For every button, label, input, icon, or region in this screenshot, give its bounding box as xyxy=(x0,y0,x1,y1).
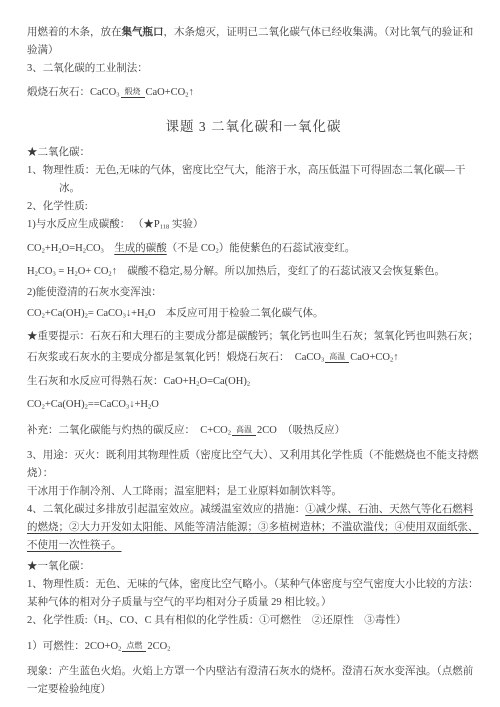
text-run: ★一氧化碳： xyxy=(27,561,90,572)
text-run: ↑ xyxy=(189,87,194,98)
doc-line: 干冰用于作制冷剂、人工降雨；温室肥料；是工业原料如制饮料等。 xyxy=(27,483,480,501)
formula-subscript: 2 xyxy=(228,430,231,437)
text-run: O=H xyxy=(62,243,83,254)
reaction-condition: 点燃 xyxy=(122,642,146,652)
doc-line: 生石灰和水反应可得熟石灰：CaO+H2O=Ca(OH)2 xyxy=(27,373,480,393)
doc-line: CO2+Ca(OH)2= CaCO3↓+H2O 本反应可用于检验二氧化碳气体。 xyxy=(27,305,480,325)
text-run: 用燃着的木条，放在 xyxy=(27,27,122,38)
text-run: 石灰浆或石灰水的主要成分都是氢氧化钙！煅烧石灰石： CaCO xyxy=(27,352,321,363)
text-run: 2CO （吸热反应） xyxy=(257,425,345,436)
text-run: CaO+CO xyxy=(350,352,390,363)
text-run: 现象：产生蓝色火焰。火焰上方罩一个内壁沾有澄清石灰水的烧杯。澄清石灰水变浑浊。（… xyxy=(27,666,473,695)
formula-subscript: 2 xyxy=(247,380,250,387)
text-run: 2CO xyxy=(147,641,167,652)
doc-line: ★重要提示：石灰石和大理石的主要成分都是碳酸钙；氧化钙也叫生石灰；氢氧化钙也叫熟… xyxy=(27,328,480,346)
text-run: 4、二氧化碳过多排放引起温室效应。减缓温室效应的措施： xyxy=(27,504,305,515)
doc-line: 2、化学性质:（H2、CO、C 具有相似的化学性质：①可燃性 ②还原性 ③毒性） xyxy=(27,612,480,632)
text-run: 2、化学性质: xyxy=(27,201,88,212)
page-title: 课题 3 二氧化碳和一氧化碳 xyxy=(27,118,480,136)
text-run: ★二氧化碳： xyxy=(27,147,90,158)
text-run: 2)能使澄清的石灰水变浑浊： xyxy=(27,287,162,298)
reaction-condition: 高温 xyxy=(232,426,256,436)
text-run: ==CaCO xyxy=(88,399,126,410)
text-run: 1、物理性质：无色、无味的气体，密度比空气略小。（某种气体密度与空气密度大小比较… xyxy=(27,579,479,608)
doc-line: 3、用途：灭火：既利用其物理性质（密度比空气大）、又利用其化学性质（不能燃烧也不… xyxy=(27,447,480,483)
text-run: ↓+H xyxy=(129,399,148,410)
doc-line: 2)能使澄清的石灰水变浑浊： xyxy=(27,284,480,302)
doc-line: 现象：产生蓝色火焰。火焰上方罩一个内壁沾有澄清石灰水的烧杯。澄清石灰水变浑浊。（… xyxy=(27,663,480,699)
text-run: O xyxy=(151,399,159,410)
reaction-condition: 高温 xyxy=(325,353,349,363)
text-run: 课题 3 二氧化碳和一氧化碳 xyxy=(166,119,342,134)
doc-line: CO2+Ca(OH)2==CaCO3↓+H2O xyxy=(27,396,480,416)
doc-line: CO2+H2O=H2CO3 生成的碳酸（不是 CO2）能使紫色的石蕊试液变红。 xyxy=(27,240,480,260)
text-run: CO xyxy=(86,243,101,254)
text-run: CO xyxy=(38,266,53,277)
text-run: 1）可燃性：2CO+O xyxy=(27,641,118,652)
text-run: CO xyxy=(27,399,42,410)
text-run: CO xyxy=(27,308,42,319)
doc-line: 1、物理性质：无色,无味的气体，密度比空气大，能溶于水，高压低温下可得固态二氧化… xyxy=(27,162,480,198)
text-run: ↑ xyxy=(393,352,398,363)
text-run: CaO+CO xyxy=(146,87,186,98)
text-run: +Ca(OH) xyxy=(45,308,85,319)
text-run: 3、二氧化碳的工业制法： xyxy=(27,63,148,74)
text-run: H xyxy=(27,266,35,277)
text-run: = CaCO xyxy=(88,308,123,319)
text-run: 实验） xyxy=(169,219,203,230)
formula-subscript: 2 xyxy=(167,646,170,653)
text-run: = H xyxy=(56,266,75,277)
text-run: 干冰用于作制冷剂、人工降雨；温室肥料；是工业原料如制饮料等。 xyxy=(27,486,342,497)
doc-line: 2、化学性质: xyxy=(27,198,480,216)
doc-line: ★一氧化碳： xyxy=(27,558,480,576)
text-run: 生成的碳酸 xyxy=(114,243,167,254)
text-run: O=Ca(OH) xyxy=(200,376,247,387)
formula-subscript: 2 xyxy=(118,646,121,653)
text-run: O+ CO xyxy=(78,266,109,277)
doc-line: 1)与水反应生成碳酸： （★P118 实验） xyxy=(27,216,480,236)
doc-line: ★二氧化碳： xyxy=(27,144,480,162)
text-run: 2、化学性质:（H xyxy=(27,615,106,626)
text-run: O 本反应可用于检验二氧化碳气体。 xyxy=(148,308,324,319)
formula-subscript: 118 xyxy=(160,224,170,231)
doc-line: H2CO3 = H2O+ CO2↑ 碳酸不稳定,易分解。所以加热后，变红了的石蕊… xyxy=(27,263,480,283)
text-run: （不是 CO xyxy=(167,243,216,254)
doc-line: 3、二氧化碳的工业制法： xyxy=(27,60,480,78)
text-run: 补充：二氧化碳能与灼热的碳反应： C+CO xyxy=(27,425,228,436)
document-page: 用燃着的木条，放在集气瓶口，木条熄灭，证明已二氧化碳气体已经收集满。（对比氧气的… xyxy=(0,0,500,699)
doc-line: 1、物理性质：无色、无味的气体，密度比空气略小。（某种气体密度与空气密度大小比较… xyxy=(27,576,480,612)
doc-line: 1）可燃性：2CO+O2点燃2CO2 xyxy=(27,638,480,658)
doc-line: 补充：二氧化碳能与灼热的碳反应： C+CO2高温2CO （吸热反应） xyxy=(27,422,480,442)
text-run: 3、用途：灭火：既利用其物理性质（密度比空气大）、又利用其化学性质（不能燃烧也不… xyxy=(27,450,479,479)
doc-line: 4、二氧化碳过多排放引起温室效应。减缓温室效应的措施：①减少煤、石油、天然气等化… xyxy=(27,501,480,555)
text-run: +H xyxy=(45,243,59,254)
formula-subscript: 3 xyxy=(116,91,119,98)
text-run: 生石灰和水反应可得熟石灰：CaO+H xyxy=(27,376,196,387)
text-run xyxy=(104,243,115,254)
formula-subscript: 3 xyxy=(321,357,324,364)
text-run: 、CO、C 具有相似的化学性质：①可燃性 ②还原性 ③毒性） xyxy=(109,615,406,626)
text-run: 1、物理性质：无色,无味的气体，密度比空气大，能溶于水，高压低温下可得固态二氧化… xyxy=(27,165,465,194)
text-run: CO xyxy=(27,243,42,254)
doc-line: 煅烧石灰石：CaCO3煅烧CaO+CO2↑ xyxy=(27,84,480,104)
doc-line: 石灰浆或石灰水的主要成分都是氢氧化钙！煅烧石灰石： CaCO3高温CaO+CO2… xyxy=(27,349,480,369)
text-run: 集气瓶口 xyxy=(122,27,164,38)
text-run: 1)与水反应生成碳酸： （★P xyxy=(27,219,160,230)
text-run: ）能使紫色的石蕊试液变红。 xyxy=(219,243,356,254)
doc-line: 用燃着的木条，放在集气瓶口，木条熄灭，证明已二氧化碳气体已经收集满。（对比氧气的… xyxy=(27,24,480,60)
text-run: +Ca(OH) xyxy=(45,399,85,410)
text-run: ★重要提示：石灰石和大理石的主要成分都是碳酸钙；氧化钙也叫生石灰；氢氧化钙也叫熟… xyxy=(27,331,479,342)
text-run: 煅烧石灰石：CaCO xyxy=(27,87,116,98)
reaction-condition: 煅烧 xyxy=(121,88,145,98)
text-run: ↓+H xyxy=(126,308,145,319)
text-run: ↑ 碳酸不稳定,易分解。所以加热后，变红了的石蕊试液又会恢复紫色。 xyxy=(112,266,445,277)
